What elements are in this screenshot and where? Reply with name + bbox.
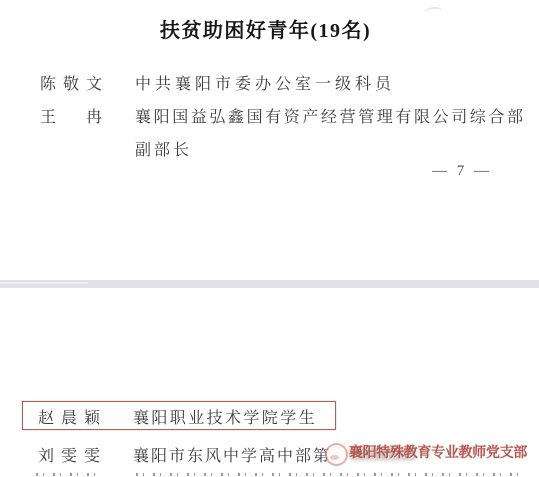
entry-name: 王 冉 xyxy=(40,104,102,127)
red-watermark-text: 襄阳特殊教育专业教师党支部 xyxy=(349,442,527,462)
entry-description: 襄阳市东风中学高中部第 xyxy=(133,443,331,466)
entry-row-highlighted: 赵晨颖 襄阳职业技术学院学生 xyxy=(38,405,317,428)
divider-streak xyxy=(0,282,88,284)
entry-name: 赵晨颖 xyxy=(38,405,100,428)
partial-text-row-name xyxy=(36,470,98,477)
entry-description: 襄阳国益弘鑫国有资产经营管理有限公司综合部 xyxy=(135,104,526,127)
entry-row: 陈敬文 中共襄阳市委办公室一级科员 xyxy=(40,71,395,94)
entry-description: 襄阳职业技术学院学生 xyxy=(133,405,317,428)
document-scan: 扶贫助困好青年(19名) 陈敬文 中共襄阳市委办公室一级科员 王 冉 襄阳国益弘… xyxy=(0,0,539,477)
partial-text-row-description xyxy=(136,470,526,477)
watermark-logo-detail xyxy=(330,455,339,460)
section-title: 扶贫助困好青年(19名) xyxy=(0,14,531,43)
entry-description: 中共襄阳市委办公室一级科员 xyxy=(135,71,395,94)
entry-name: 刘雯雯 xyxy=(38,443,100,466)
entry-description-continuation: 副部长 xyxy=(135,137,192,160)
entry-row: 刘雯雯 襄阳市东风中学高中部第 xyxy=(38,443,331,466)
entry-row: 王 冉 襄阳国益弘鑫国有资产经营管理有限公司综合部 xyxy=(40,104,526,127)
entry-name: 陈敬文 xyxy=(40,71,102,94)
page-number: — 7 — xyxy=(432,163,492,180)
